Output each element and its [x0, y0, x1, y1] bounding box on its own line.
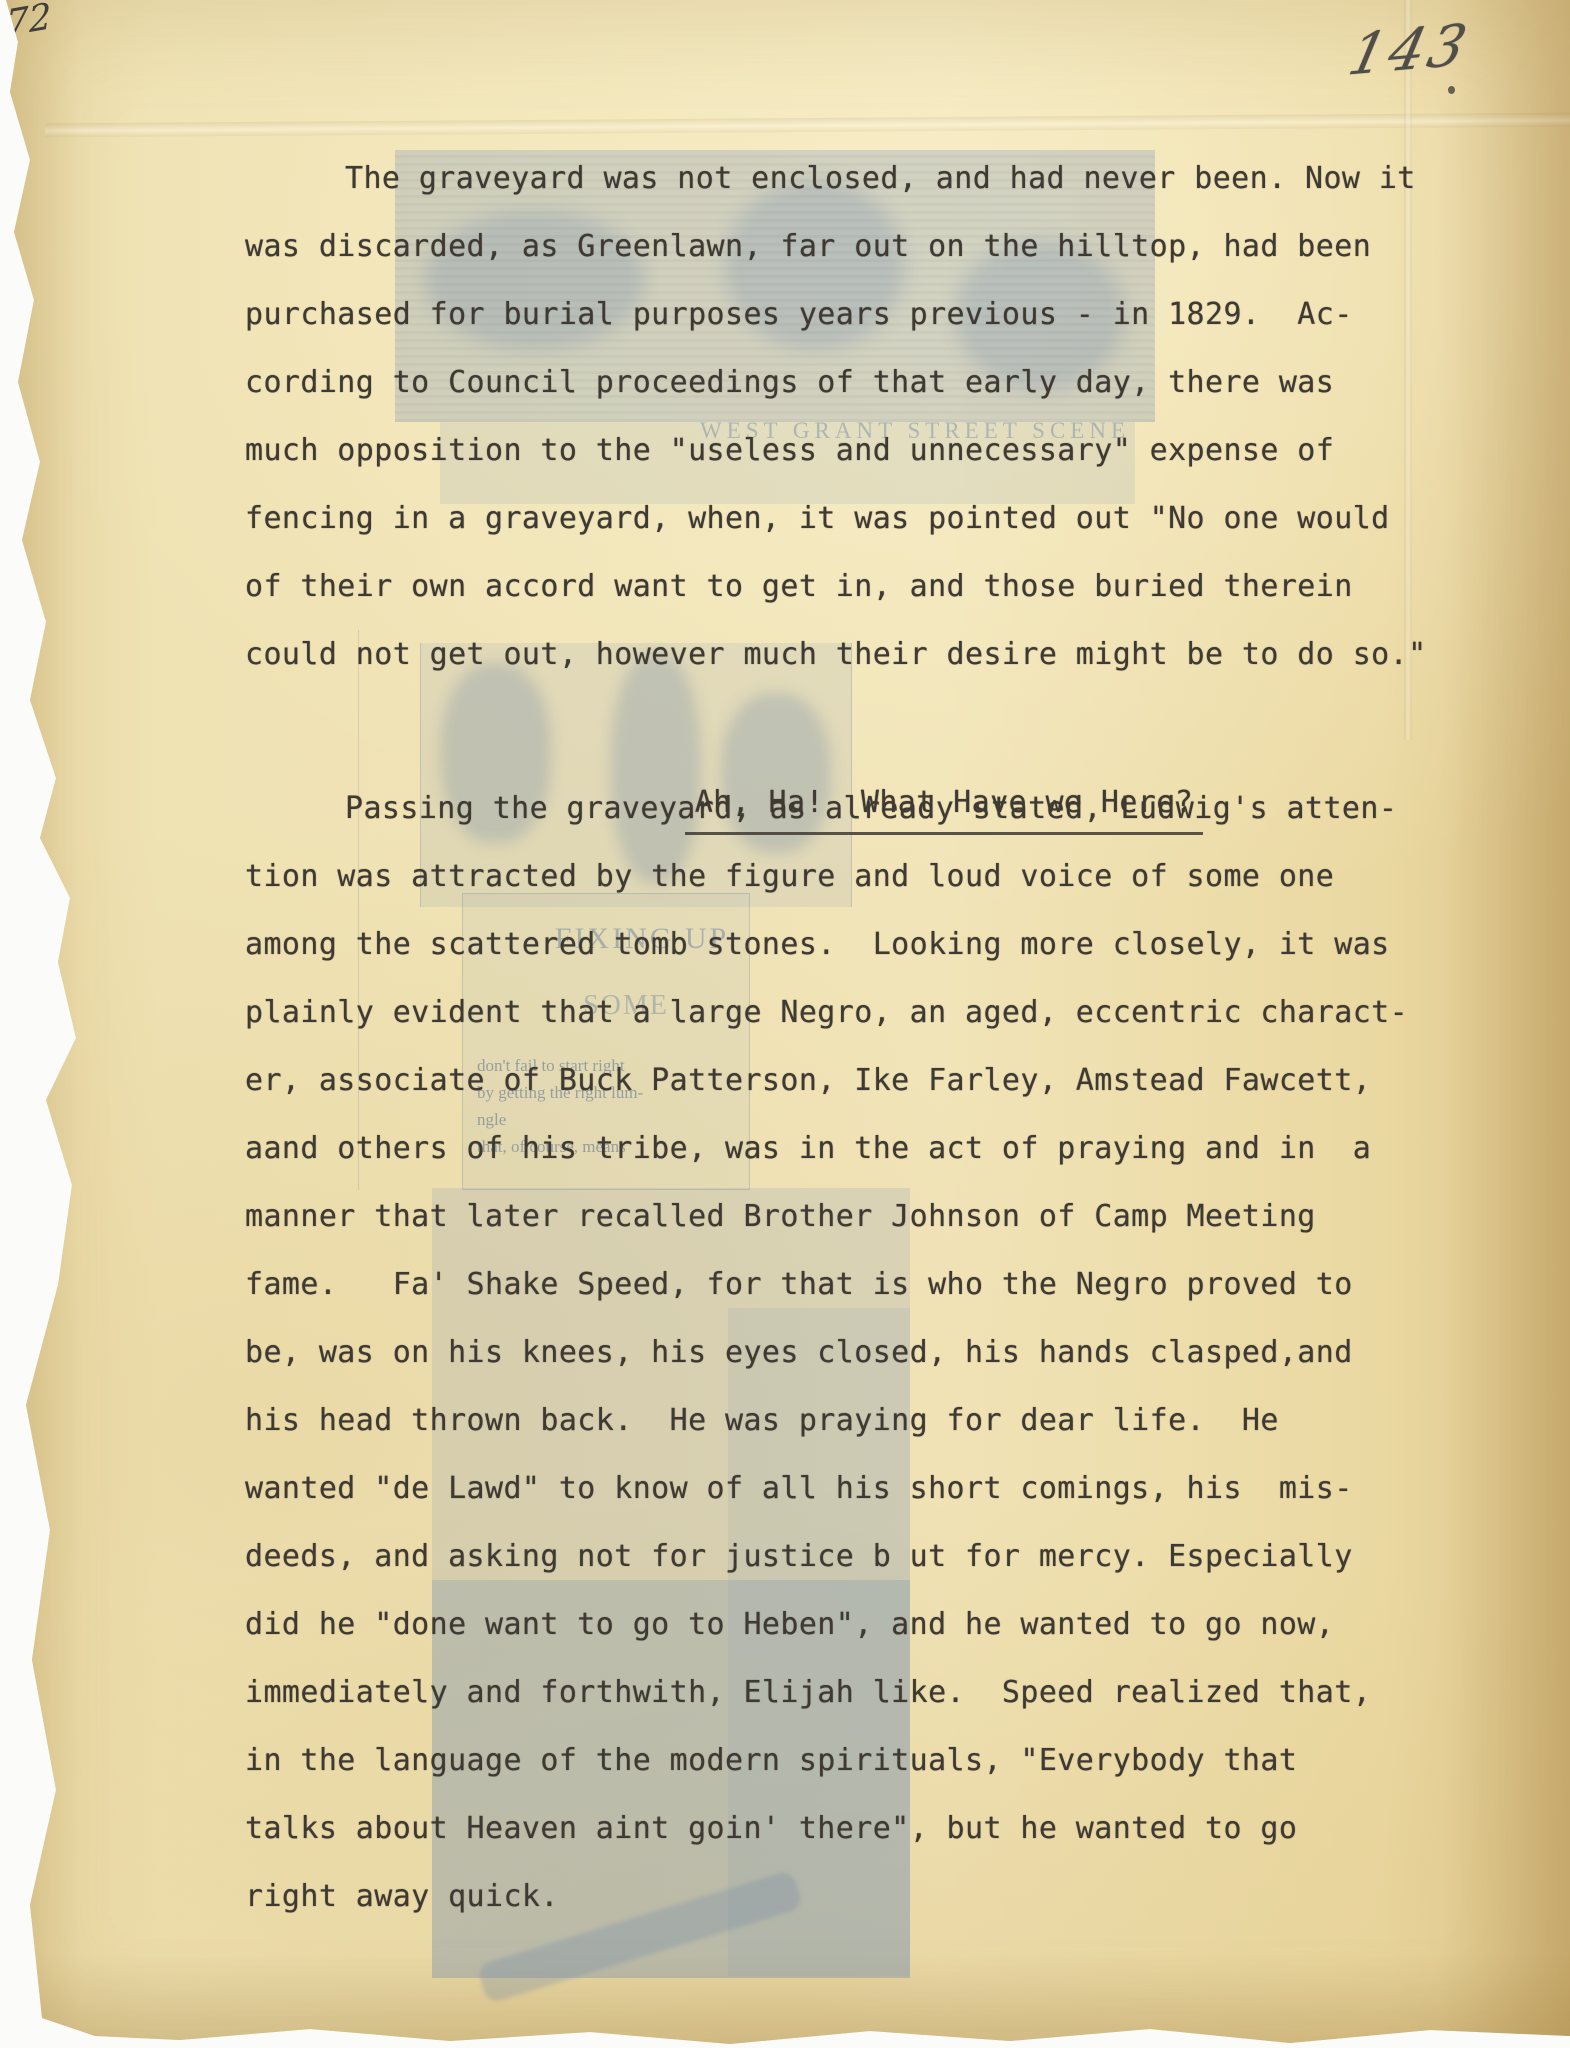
- typed-line: be, was on his knees, his eyes closed, h…: [245, 1319, 1455, 1387]
- typed-line: could not get out, however much their de…: [245, 621, 1455, 689]
- typed-line: much opposition to the "useless and unne…: [245, 417, 1455, 485]
- paper-edge-shade-right: [1440, 0, 1570, 2048]
- typed-line: his head thrown back. He was praying for…: [245, 1387, 1455, 1455]
- manuscript-paper: WEST GRANT STREET SCENE FIXING UP SOME d…: [0, 0, 1570, 2048]
- typed-line: The graveyard was not enclosed, and had …: [245, 145, 1455, 213]
- paper-edge-shade-left: [0, 0, 80, 2048]
- scanned-page: WEST GRANT STREET SCENE FIXING UP SOME d…: [0, 0, 1570, 2048]
- typed-line: deeds, and asking not for justice b ut f…: [245, 1523, 1455, 1591]
- typed-line: aand others of his tribe, was in the act…: [245, 1115, 1455, 1183]
- typed-line: in the language of the modern spirituals…: [245, 1727, 1455, 1795]
- pencil-dot: [1448, 86, 1455, 94]
- typed-line: tion was attracted by the figure and lou…: [245, 843, 1455, 911]
- typed-line: plainly evident that a large Negro, an a…: [245, 979, 1455, 1047]
- typed-line: Passing the graveyard, as already stated…: [245, 775, 1455, 843]
- typed-line: right away quick.: [245, 1863, 1455, 1931]
- typed-line: manner that later recalled Brother Johns…: [245, 1183, 1455, 1251]
- typed-line: among the scattered tomb stones. Looking…: [245, 911, 1455, 979]
- handwritten-page-number: 143: [1343, 12, 1477, 89]
- typed-line: fame. Fa' Shake Speed, for that is who t…: [245, 1251, 1455, 1319]
- typed-line: er, associate of Buck Patterson, Ike Far…: [245, 1047, 1455, 1115]
- typed-text-block: The graveyard was not enclosed, and had …: [245, 145, 1455, 1931]
- typed-line: fencing in a graveyard, when, it was poi…: [245, 485, 1455, 553]
- section-heading-row: Ah, Ha! What Have we Here?: [245, 689, 1455, 765]
- typed-line: was discarded, as Greenlawn, far out on …: [245, 213, 1455, 281]
- typed-line: cording to Council proceedings of that e…: [245, 349, 1455, 417]
- typed-line: purchased for burial purposes years prev…: [245, 281, 1455, 349]
- typed-line: immediately and forthwith, Elijah like. …: [245, 1659, 1455, 1727]
- typed-line: of their own accord want to get in, and …: [245, 553, 1455, 621]
- handwritten-corner-number: 72: [6, 0, 53, 45]
- second-paragraph: Passing the graveyard, as already stated…: [245, 775, 1455, 1931]
- typed-line: talks about Heaven aint goin' there", bu…: [245, 1795, 1455, 1863]
- paper-crease-top: [45, 113, 1570, 138]
- typed-line: did he "done want to go to Heben", and h…: [245, 1591, 1455, 1659]
- typed-line: wanted "de Lawd" to know of all his shor…: [245, 1455, 1455, 1523]
